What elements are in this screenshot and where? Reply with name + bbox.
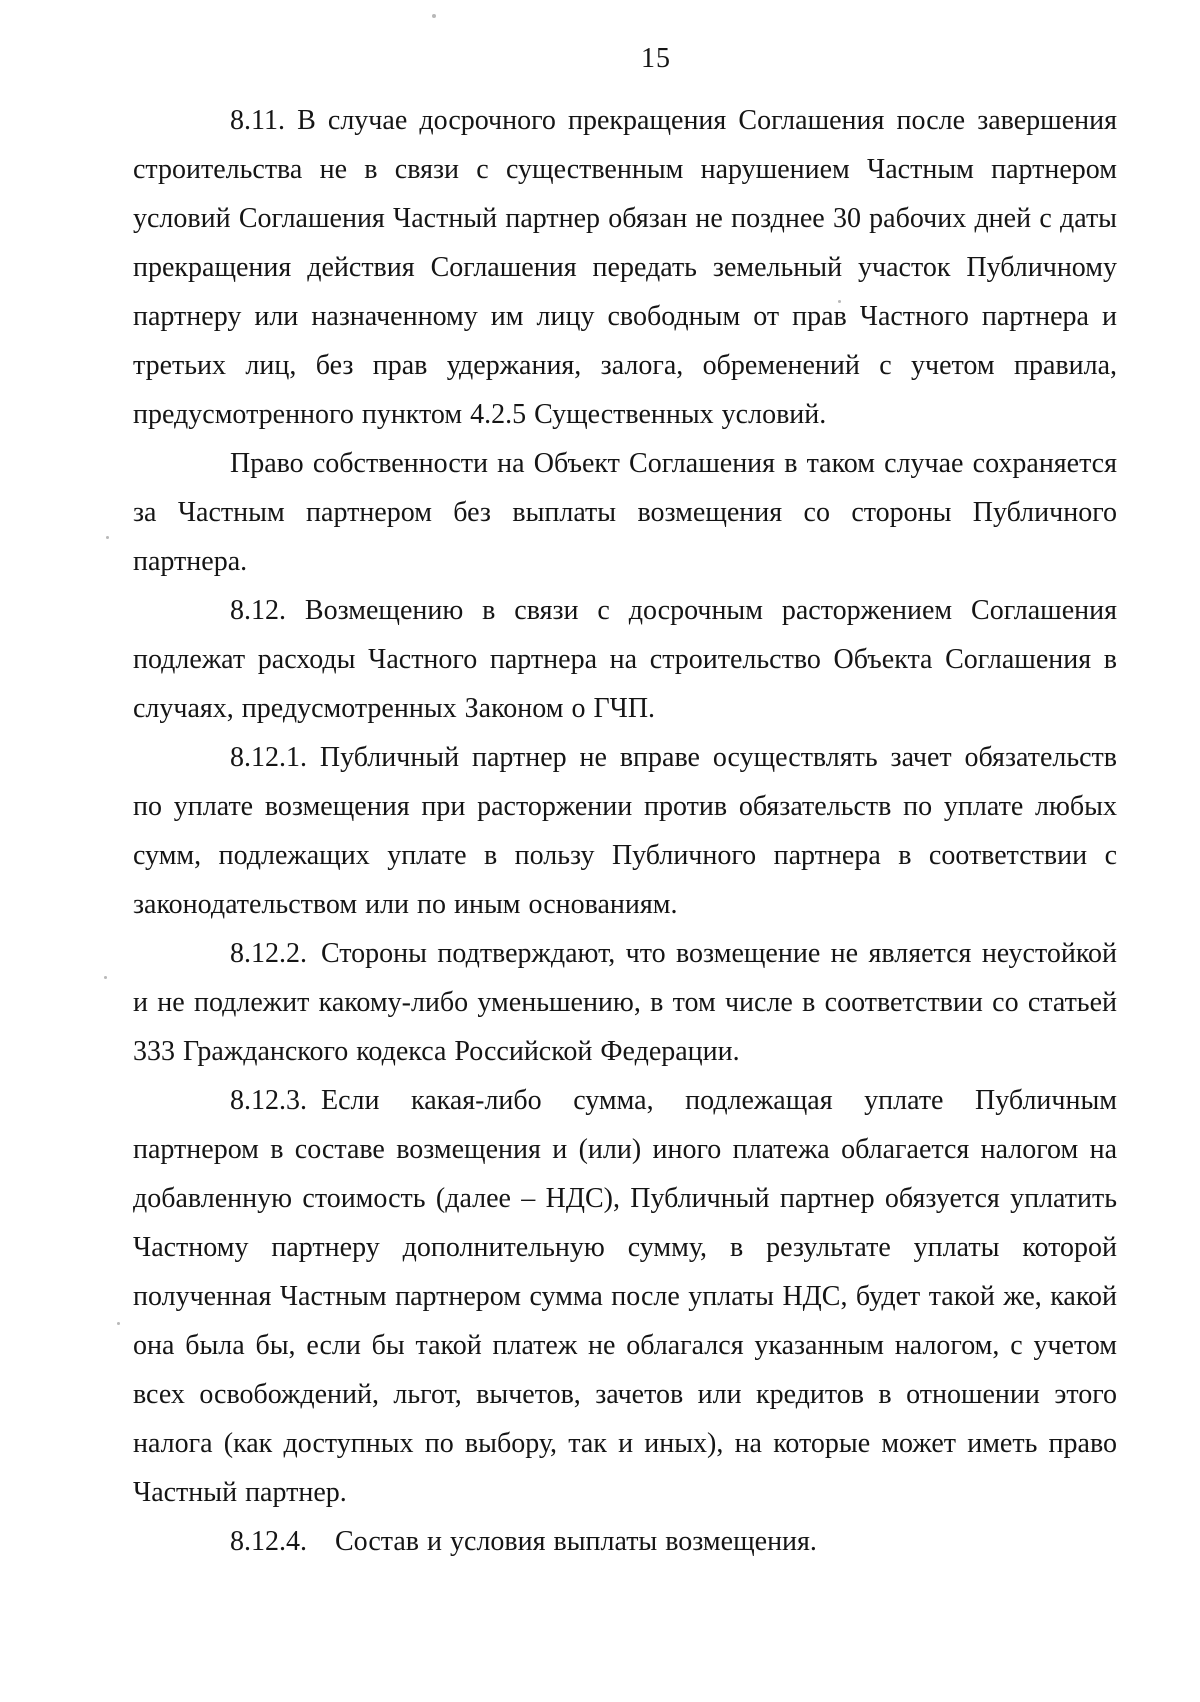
clause-ownership-note: Право собственности на Объект Соглашения…	[133, 439, 1117, 586]
document-body: 8.11. В случае досрочного прекращения Со…	[133, 96, 1117, 1566]
scan-speck	[117, 1322, 120, 1325]
page-header: 15	[0, 42, 1200, 76]
scan-speck	[106, 536, 109, 539]
scan-speck	[838, 300, 841, 303]
page-number: 15	[641, 43, 671, 74]
clause-8-12-3: 8.12.3. Если какая-либо сумма, подлежаща…	[133, 1076, 1117, 1517]
clause-8-12-4: 8.12.4. Состав и условия выплаты возмеще…	[133, 1517, 1117, 1566]
clause-8-12-2: 8.12.2. Стороны подтверждают, что возмещ…	[133, 929, 1117, 1076]
clause-8-12: 8.12. Возмещению в связи с досрочным рас…	[133, 586, 1117, 733]
scan-speck	[104, 976, 107, 979]
scan-speck	[432, 14, 436, 18]
clause-8-11: 8.11. В случае досрочного прекращения Со…	[133, 96, 1117, 439]
document-page: 15 8.11. В случае досрочного прекращения…	[0, 0, 1200, 1702]
clause-8-12-1: 8.12.1. Публичный партнер не вправе осущ…	[133, 733, 1117, 929]
